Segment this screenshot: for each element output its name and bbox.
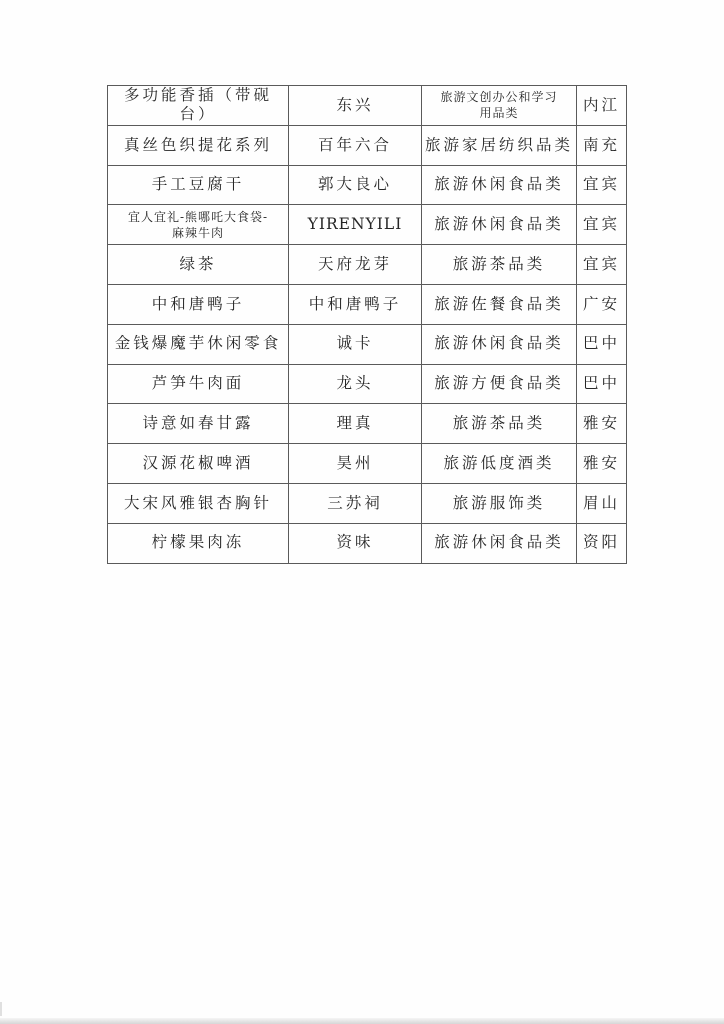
cell-category: 旅游休闲食品类 xyxy=(422,324,577,364)
cell-product: 大宋风雅银杏胸针 xyxy=(108,483,289,523)
cell-product: 芦笋牛肉面 xyxy=(108,364,289,404)
cell-city: 内江 xyxy=(577,86,627,126)
cell-city: 资阳 xyxy=(577,523,627,563)
cell-category: 旅游方便食品类 xyxy=(422,364,577,404)
cell-category: 旅游休闲食品类 xyxy=(422,165,577,205)
cell-product: 宜人宜礼-熊哪吒大食袋- 麻辣牛肉 xyxy=(108,205,289,245)
cell-brand: 郭大良心 xyxy=(289,165,422,205)
table-row: 宜人宜礼-熊哪吒大食袋- 麻辣牛肉 YIRENYILI 旅游休闲食品类 宜宾 xyxy=(108,205,627,245)
cell-category: 旅游佐餐食品类 xyxy=(422,284,577,324)
scan-bottom-edge xyxy=(0,1018,724,1024)
cell-brand: 天府龙芽 xyxy=(289,245,422,285)
cell-city: 巴中 xyxy=(577,364,627,404)
scan-edge-artifact xyxy=(0,1002,2,1016)
table-row: 金钱爆魔芋休闲零食 诚卡 旅游休闲食品类 巴中 xyxy=(108,324,627,364)
cell-city: 广安 xyxy=(577,284,627,324)
table-row: 绿茶 天府龙芽 旅游茶品类 宜宾 xyxy=(108,245,627,285)
cell-city: 雅安 xyxy=(577,444,627,484)
cell-category: 旅游家居纺织品类 xyxy=(422,125,577,165)
cell-product: 绿茶 xyxy=(108,245,289,285)
cell-city: 南充 xyxy=(577,125,627,165)
cell-category: 旅游服饰类 xyxy=(422,483,577,523)
cell-category: 旅游低度酒类 xyxy=(422,444,577,484)
cell-product: 柠檬果肉冻 xyxy=(108,523,289,563)
table-row: 柠檬果肉冻 资味 旅游休闲食品类 资阳 xyxy=(108,523,627,563)
cell-category: 旅游文创办公和学习 用品类 xyxy=(422,86,577,126)
table-row: 多功能香插（带砚台） 东兴 旅游文创办公和学习 用品类 内江 xyxy=(108,86,627,126)
cell-product: 真丝色织提花系列 xyxy=(108,125,289,165)
cell-product: 汉源花椒啤酒 xyxy=(108,444,289,484)
cell-product: 多功能香插（带砚台） xyxy=(108,86,289,126)
cell-brand: 昊州 xyxy=(289,444,422,484)
cell-brand: 中和唐鸭子 xyxy=(289,284,422,324)
cell-brand: 资味 xyxy=(289,523,422,563)
cell-city: 雅安 xyxy=(577,404,627,444)
cell-product: 诗意如春甘露 xyxy=(108,404,289,444)
cell-city: 巴中 xyxy=(577,324,627,364)
cell-product: 手工豆腐干 xyxy=(108,165,289,205)
award-table: 多功能香插（带砚台） 东兴 旅游文创办公和学习 用品类 内江 真丝色织提花系列 … xyxy=(107,85,627,564)
cell-brand: YIRENYILI xyxy=(289,205,422,245)
table-row: 大宋风雅银杏胸针 三苏祠 旅游服饰类 眉山 xyxy=(108,483,627,523)
cell-city: 宜宾 xyxy=(577,245,627,285)
cell-brand: 理真 xyxy=(289,404,422,444)
cell-category: 旅游茶品类 xyxy=(422,404,577,444)
table-row: 真丝色织提花系列 百年六合 旅游家居纺织品类 南充 xyxy=(108,125,627,165)
cell-product: 中和唐鸭子 xyxy=(108,284,289,324)
table-row: 汉源花椒啤酒 昊州 旅游低度酒类 雅安 xyxy=(108,444,627,484)
cell-brand: 诚卡 xyxy=(289,324,422,364)
cell-brand: 百年六合 xyxy=(289,125,422,165)
table-row: 芦笋牛肉面 龙头 旅游方便食品类 巴中 xyxy=(108,364,627,404)
table-row: 手工豆腐干 郭大良心 旅游休闲食品类 宜宾 xyxy=(108,165,627,205)
cell-product: 金钱爆魔芋休闲零食 xyxy=(108,324,289,364)
cell-category: 旅游茶品类 xyxy=(422,245,577,285)
cell-city: 宜宾 xyxy=(577,205,627,245)
cell-brand: 龙头 xyxy=(289,364,422,404)
cell-brand: 东兴 xyxy=(289,86,422,126)
cell-city: 宜宾 xyxy=(577,165,627,205)
cell-category: 旅游休闲食品类 xyxy=(422,205,577,245)
cell-city: 眉山 xyxy=(577,483,627,523)
scanned-document-page: 多功能香插（带砚台） 东兴 旅游文创办公和学习 用品类 内江 真丝色织提花系列 … xyxy=(0,0,724,1024)
cell-category: 旅游休闲食品类 xyxy=(422,523,577,563)
table-row: 诗意如春甘露 理真 旅游茶品类 雅安 xyxy=(108,404,627,444)
table-row: 中和唐鸭子 中和唐鸭子 旅游佐餐食品类 广安 xyxy=(108,284,627,324)
cell-brand: 三苏祠 xyxy=(289,483,422,523)
